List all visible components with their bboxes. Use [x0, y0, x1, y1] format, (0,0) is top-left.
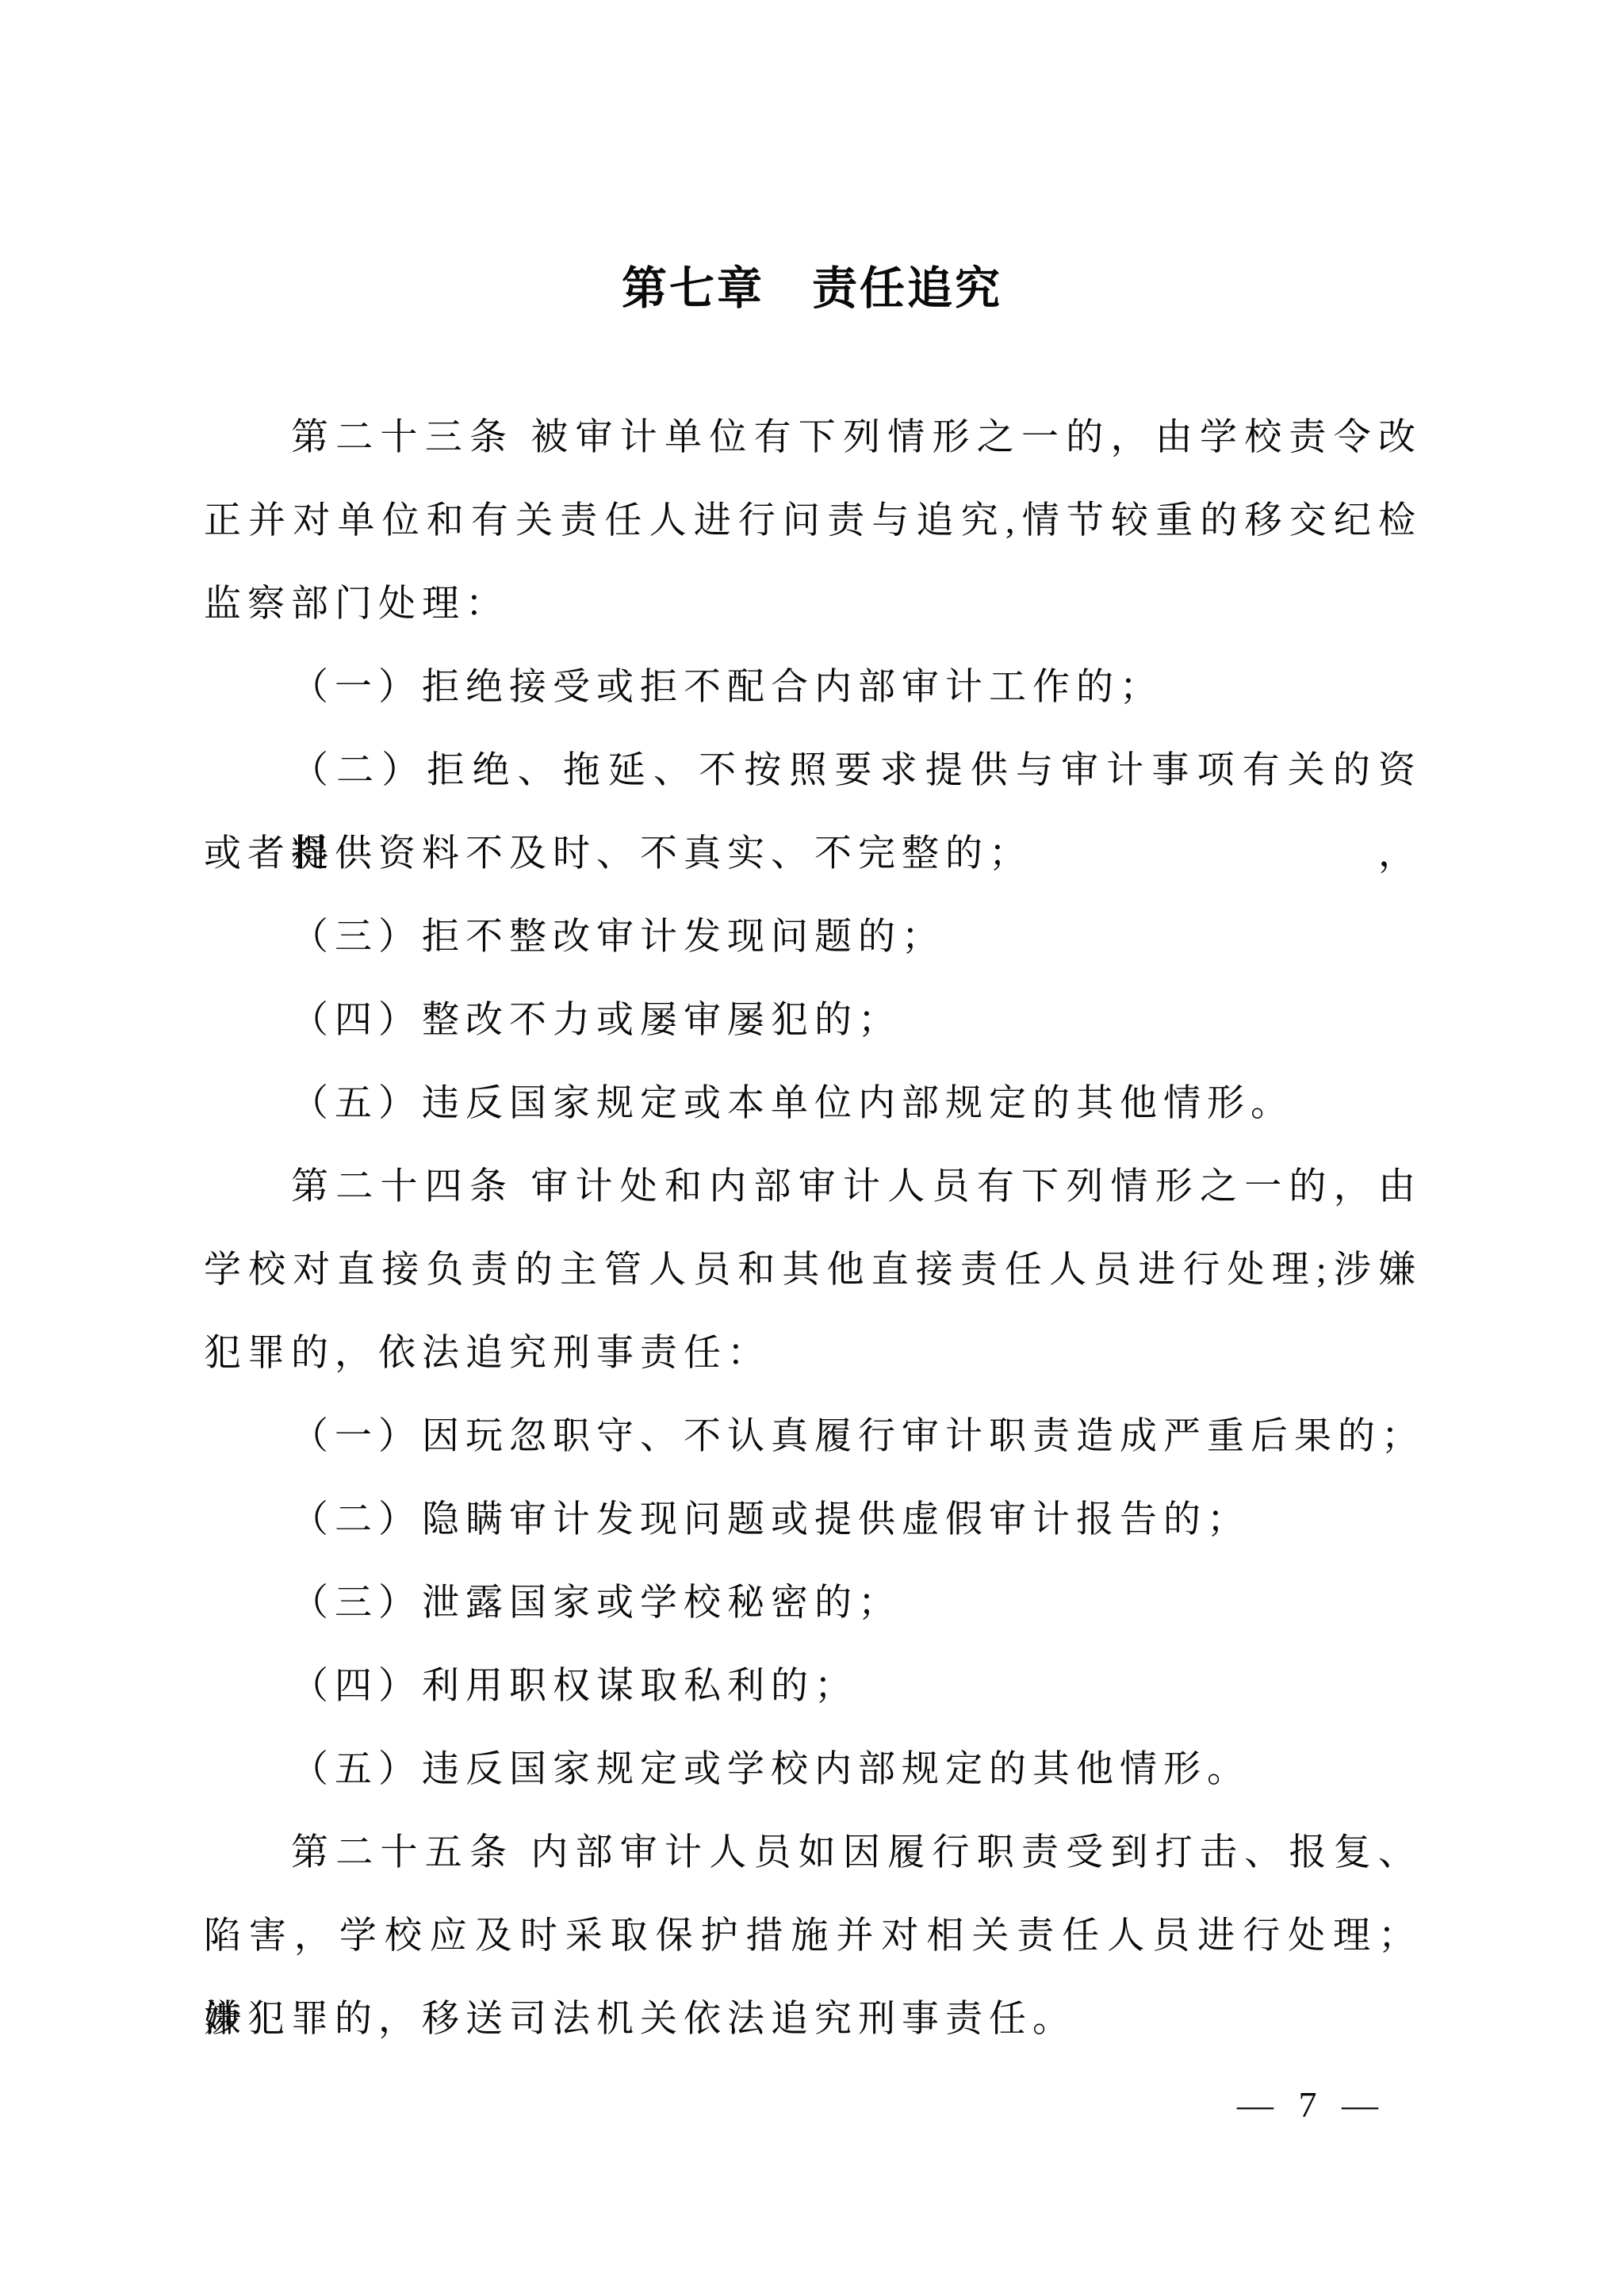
text-line: （三）拒不整改审计发现问题的； [204, 896, 1422, 979]
text-line: （二）隐瞒审计发现问题或提供虚假审计报告的； [204, 1479, 1422, 1562]
text-line: （四）整改不力或屡审屡犯的； [204, 979, 1422, 1062]
text-line: （二）拒绝、拖延、不按照要求提供与审计事项有关的资料， [204, 729, 1422, 813]
text-line: 学校对直接负责的主管人员和其他直接责任人员进行处理;涉嫌 [204, 1229, 1422, 1312]
text-line: （一）因玩忽职守、不认真履行审计职责造成严重后果的； [204, 1395, 1422, 1479]
text-line: 正并对单位和有关责任人进行问责与追究,情节较重的移交纪检 [204, 480, 1422, 563]
text-line: （五）违反国家规定或学校内部规定的其他情形。 [204, 1728, 1422, 1812]
text-line: （三）泄露国家或学校秘密的； [204, 1562, 1422, 1645]
text-line: 第二十三条 被审计单位有下列情形之一的，由学校责令改 [204, 396, 1422, 480]
text-line: 第二十四条 审计处和内部审计人员有下列情形之一的，由 [204, 1146, 1422, 1229]
page-number: — 7 — [1237, 2084, 1386, 2126]
document-page: 第七章 责任追究 第二十三条 被审计单位有下列情形之一的，由学校责令改 正并对单… [0, 0, 1624, 2296]
text-line: 陷害，学校应及时采取保护措施并对相关责任人员进行处理；涉 [204, 1895, 1422, 1978]
text-line: （四）利用职权谋取私利的； [204, 1645, 1422, 1728]
body-text: 第二十三条 被审计单位有下列情形之一的，由学校责令改 正并对单位和有关责任人进行… [204, 396, 1422, 2061]
text-line: 第二十五条 内部审计人员如因履行职责受到打击、报复、 [204, 1812, 1422, 1895]
text-line: 监察部门处理： [204, 563, 1422, 646]
text-line: （五）违反国家规定或本单位内部规定的其他情形。 [204, 1062, 1422, 1146]
text-line: 嫌犯罪的，移送司法机关依法追究刑事责任。 [204, 1978, 1422, 2061]
text-line: 犯罪的，依法追究刑事责任： [204, 1312, 1422, 1395]
chapter-title: 第七章 责任追究 [0, 252, 1624, 317]
text-line: （一）拒绝接受或拒不配合内部审计工作的； [204, 646, 1422, 729]
